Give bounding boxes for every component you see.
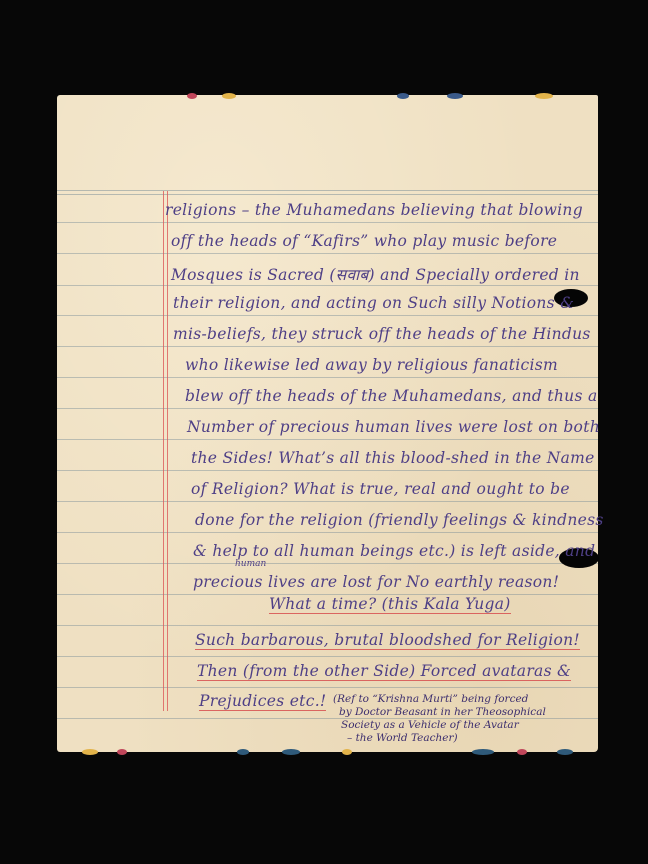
edge-stain (282, 749, 300, 755)
edge-stain (557, 749, 573, 755)
ruled-line (57, 470, 598, 471)
text-line: blew off the heads of the Muhamedans, an… (185, 387, 598, 405)
ruled-line (57, 222, 598, 223)
ruled-line (57, 346, 598, 347)
text-line: & help to all human beings etc.) is left… (193, 542, 595, 560)
text-line: mis-beliefs, they struck off the heads o… (173, 325, 591, 343)
ruled-line (57, 439, 598, 440)
ruled-line (57, 253, 598, 254)
notebook-page: religions – the Muhamedans believing tha… (57, 95, 598, 752)
text-line: their religion, and acting on Such silly… (173, 294, 574, 312)
text-line: What a time? (this Kala Yuga) (269, 595, 511, 614)
text-line: Such barbarous, brutal bloodshed for Rel… (195, 631, 580, 650)
edge-stain (82, 749, 98, 755)
text-line: done for the religion (friendly feelings… (195, 511, 604, 529)
ruled-line (57, 687, 598, 688)
edge-stain (187, 93, 197, 99)
ruled-line (57, 625, 598, 626)
text-line: religions – the Muhamedans believing tha… (165, 201, 583, 219)
text-line: off the heads of “Kafirs” who play music… (171, 232, 557, 250)
ruled-line (57, 315, 598, 316)
ruled-line (57, 377, 598, 378)
side-note-line: by Doctor Beasant in her Theosophical (339, 706, 546, 719)
margin-rule (163, 191, 168, 711)
text-line: Prejudices etc.! (199, 692, 326, 711)
text-line: Then (from the other Side) Forced avatar… (197, 662, 571, 681)
ruled-line (57, 285, 598, 286)
text-line: the Sides! What’s all this blood-shed in… (191, 449, 595, 467)
ruled-line (57, 656, 598, 657)
edge-stain (237, 749, 249, 755)
edge-stain (517, 749, 527, 755)
side-note-line: (Ref to “Krishna Murti” being forced (333, 693, 528, 706)
edge-stain (535, 93, 553, 99)
edge-stain (117, 749, 127, 755)
edge-stain (397, 93, 409, 99)
side-note-line: Society as a Vehicle of the Avatar (341, 719, 519, 732)
insertion-text: human (235, 559, 266, 569)
ruled-line (57, 563, 598, 564)
text-line: Mosques is Sacred (सवाब) and Specially o… (171, 263, 580, 285)
ruled-line (57, 190, 598, 195)
ruled-line (57, 532, 598, 533)
text-line: of Religion? What is true, real and ough… (191, 480, 570, 498)
ruled-line (57, 408, 598, 409)
side-note-line: – the World Teacher) (347, 732, 458, 745)
ruled-line (57, 501, 598, 502)
edge-stain (447, 93, 463, 99)
text-line: Number of precious human lives were lost… (187, 418, 600, 436)
edge-stain (222, 93, 236, 99)
text-line: who likewise led away by religious fanat… (185, 356, 558, 374)
edge-stain (472, 749, 494, 755)
text-line: precious lives are lost for No earthly r… (193, 573, 559, 591)
edge-stain (342, 749, 352, 755)
